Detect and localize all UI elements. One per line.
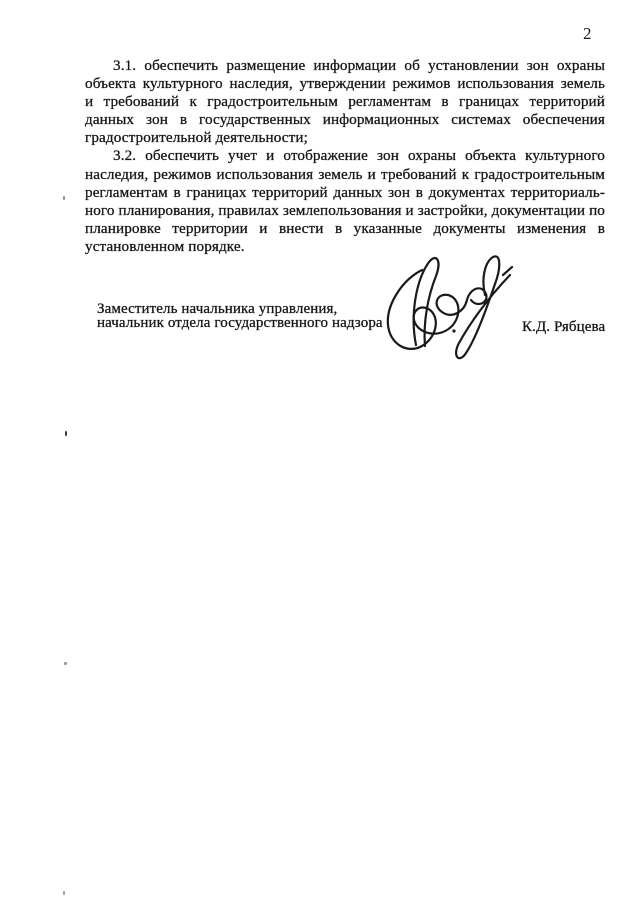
text-line: ного планирования, правилах землепользов…: [85, 202, 605, 220]
text-line: и требований к градостроительным регламе…: [85, 93, 605, 111]
signer-position-line2: начальник отдела государственного надзор…: [97, 317, 383, 331]
handwritten-signature-icon: [382, 250, 514, 368]
signer-name: К.Д. Рябцева: [522, 319, 605, 336]
scan-speckle: [65, 431, 67, 436]
text-line: планировке территории и внести в указанн…: [85, 220, 605, 238]
text-line: 3.1. обеспечить размещение информации об…: [85, 57, 605, 75]
page-number: 2: [583, 24, 592, 44]
document-page: 2 3.1. обеспечить размещение информации …: [0, 0, 640, 905]
scan-speckle: [63, 891, 65, 895]
text-line: 3.2. обеспечить учет и отображение зон о…: [85, 147, 605, 165]
text-line: наследия, режимов использования земель и…: [85, 166, 605, 184]
text-line: установленном порядке.: [85, 238, 605, 256]
scan-speckle: [64, 662, 67, 665]
text-line: данных зон в государственных информацион…: [85, 111, 605, 129]
signature-block-titles: Заместитель начальника управления, начал…: [97, 303, 383, 330]
text-line: регламентам в границах территорий данных…: [85, 184, 605, 202]
scan-speckle: [63, 196, 65, 200]
text-line: объекта культурного наследия, утверждени…: [85, 75, 605, 93]
text-line: градостроительной деятельности;: [85, 129, 605, 147]
body-text: 3.1. обеспечить размещение информации об…: [85, 57, 605, 256]
